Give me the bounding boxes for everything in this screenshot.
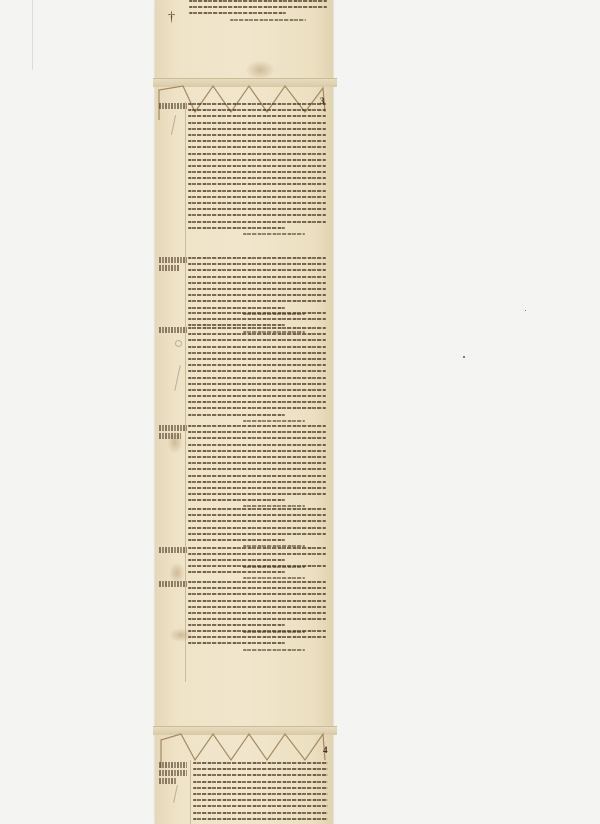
roll-entry [188, 630, 326, 655]
margin-note [159, 257, 187, 263]
margin-note [159, 581, 187, 587]
membrane-number: 4 [323, 745, 328, 755]
dust-speck [463, 356, 465, 358]
margin-note [159, 265, 179, 271]
cross-icon: † [168, 10, 175, 26]
margin-note [159, 547, 187, 553]
margin-rule [185, 102, 186, 682]
dust-speck [525, 310, 526, 311]
parchment-stain [245, 60, 275, 80]
background-pencil-trace [32, 0, 33, 70]
pencil-mark [174, 365, 180, 391]
roll-entry [188, 581, 326, 637]
parchment-stain [167, 430, 183, 454]
margin-note [159, 103, 187, 109]
pencil-mark [173, 785, 178, 803]
roll-entry [188, 103, 326, 239]
margin-note [159, 327, 187, 333]
roll-entry [188, 508, 326, 551]
margin-rule [190, 760, 191, 824]
roll-entry [188, 425, 326, 512]
script-line [189, 12, 286, 14]
top-text-block [189, 0, 327, 25]
pencil-circle-mark [175, 340, 182, 347]
margin-note [159, 778, 177, 784]
margin-note [159, 762, 187, 768]
script-line [189, 6, 327, 8]
script-line [189, 0, 327, 2]
manuscript-roll: † 3 [155, 0, 333, 824]
roll-entry [188, 327, 326, 426]
margin-note [159, 770, 187, 776]
roll-entry [193, 762, 328, 824]
script-line [230, 19, 306, 21]
roll-entry [188, 257, 326, 319]
